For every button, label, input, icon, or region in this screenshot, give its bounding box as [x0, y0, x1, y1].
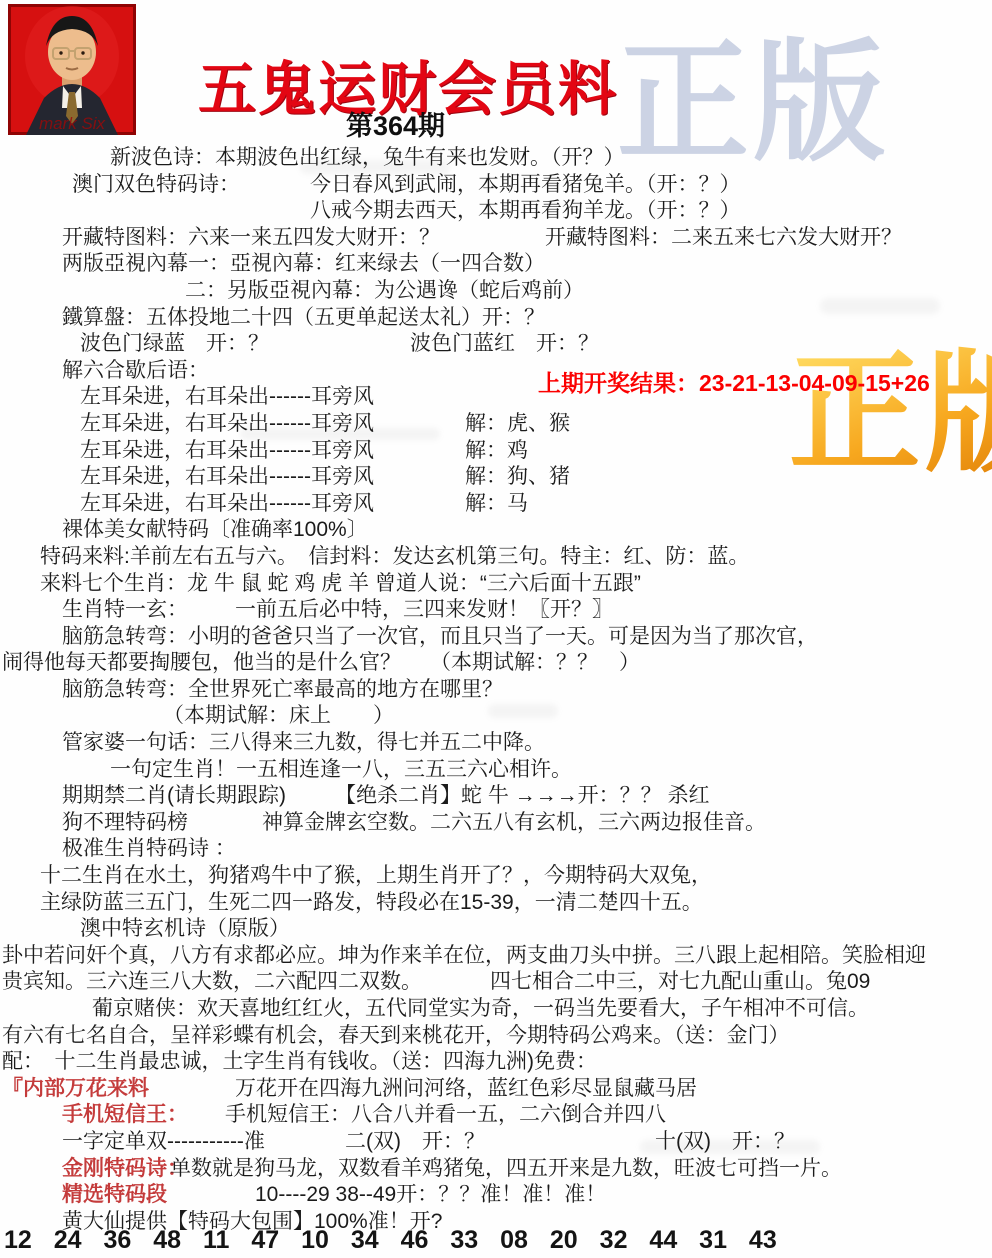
flyer-page: mark Six 五鬼运财会员料 第364期 正版 正版 上期开奖结果：23-2…: [0, 0, 992, 1258]
line-16-text: 特码来料:羊前左右五与六。 信封料：发达玄机第三句。特主：红、防：蓝。: [40, 540, 749, 570]
line-04-left: 开藏特图料：六来一来五四发大财开：？: [62, 221, 440, 251]
label-jingxuan-duan: 精选特码段: [62, 1178, 167, 1208]
line-05-text: 两版亞視內幕一：亞視內幕：红来绿去（一四合数）: [62, 247, 545, 277]
line-18-label: 生肖特一玄：: [62, 593, 188, 623]
line-39-text: 单数就是狗马龙，双数看羊鸡猪兔，四五开来是九数，旺波七可挡一片。: [170, 1152, 842, 1182]
line-15-text: 裸体美女献特码〔准确率100%〕: [62, 513, 368, 543]
body-text: 新波色诗：本期波色出红绿，兔牛有来也发财。（开？） 澳门双色特码诗：今日春风到武…: [0, 141, 992, 1231]
line-33-text: 葡京赌侠：欢天喜地红红火，五代同堂实为奇，一码当先要看大，子午相冲不可信。: [92, 992, 869, 1022]
line-03-text: 八戒今期去西天，本期再看狗羊龙。（开：？）: [310, 194, 741, 224]
riddle-answer: 解：狗、猪: [465, 460, 570, 490]
line-25-left: 期期禁二肖(请长期跟踪): [62, 779, 286, 809]
line-37-text: 手机短信王：八合八并看一五，二六倒合并四八: [225, 1098, 666, 1128]
riddle-line-text: 左耳朵进，右耳朵出------耳旁风: [80, 460, 374, 490]
riddle-line-text: 左耳朵进，右耳朵出------耳旁风: [80, 407, 374, 437]
line-34-text: 有六有七名自合，呈祥彩蝶有机会，春天到来桃花开，今期特码公鸡来。（送：金门）: [2, 1019, 790, 1049]
line-32-right: 四七相合二中三，对七九配山重山。兔09: [490, 965, 870, 995]
line-27-text: 极准生肖特码诗 ：: [62, 832, 236, 862]
line-24-text: 一句定生肖！一五相连逢一八，三五三六心相许。: [110, 753, 572, 783]
line-19-text: 脑筋急转弯：小明的爸爸只当了一次官，而且只当了一天。可是因为当了那次官，: [62, 620, 818, 650]
line-26-label: 狗不理特码榜: [62, 806, 188, 836]
line-36-text: 万花开在四海九洲问河络，蓝红色彩尽显鼠藏马居: [235, 1072, 697, 1102]
line-31-text: 卦中若问奸个真，八方有求都必应。坤为作来羊在位，两支曲刀头中拼。三八跟上起相陪。…: [2, 939, 926, 969]
line-04-right: 开藏特图料：二来五来七六发大财开？: [545, 221, 902, 251]
line-18-text: 一前五后必中特，三四来发财！〖开？〗: [235, 593, 613, 623]
line-35-text: 配： 十二生肖最忠诚，土字生肖有钱收。（送：四海九洲)免费：: [2, 1045, 597, 1075]
line-20-text: 闹得他每天都要掏腰包，他当的是什么官？: [2, 646, 401, 676]
photo-caption: mark Six: [39, 114, 106, 133]
line-25-right: 【绝杀二肖】蛇 牛 →→→开：？？ 杀红: [335, 779, 710, 809]
line-09-text: 解六合歇后语：: [62, 354, 209, 384]
line-40-text: 10----29 38--49开：？？准！准！准！: [255, 1178, 606, 1208]
line-20-answer: （本期试解：？？ ）: [430, 646, 640, 676]
line-08-left: 波色门绿蓝 开：？: [80, 327, 269, 357]
line-06-text: 二：另版亞視內幕：为公遇谗（蛇后鸡前）: [185, 274, 584, 304]
bottom-numbers-row: 12 24 36 48 11 47 10 34 46 33 08 20 32 4…: [4, 1226, 777, 1255]
riddle-answer: 解：虎、猴: [465, 407, 570, 437]
riddle-line-text: 左耳朵进，右耳朵出------耳旁风: [80, 487, 374, 517]
line-38-mid: 二(双) 开：？: [345, 1125, 485, 1155]
line-01-text: 新波色诗：本期波色出红绿，兔牛有来也发财。（开？）: [110, 141, 625, 171]
line-30-text: 澳中特玄机诗（原版）: [80, 912, 290, 942]
riddle-line-text: 左耳朵进，右耳朵出------耳旁风: [80, 380, 374, 410]
line-26-text: 神算金牌玄空数。二六五八有玄机，三六两边报佳音。: [262, 806, 766, 836]
line-38-left: 一字定单双-----------准: [62, 1125, 265, 1155]
line-21-text: 脑筋急转弯：全世界死亡率最高的地方在哪里？: [62, 673, 503, 703]
issue-number: 第364期: [346, 104, 445, 143]
label-shouji-duanxin-wang: 手机短信王：: [62, 1098, 188, 1128]
line-32-left: 贵宾知。三六连三八大数，二六配四二双数。: [2, 965, 422, 995]
line-28-text: 十二生肖在水土，狗猪鸡牛中了猴，上期生肖开了？，今期特码大双兔，: [40, 859, 712, 889]
portrait-photo: mark Six: [8, 4, 136, 135]
line-02-text: 今日春风到武闹，本期再看猪兔羊。（开：？）: [310, 168, 741, 198]
line-23-text: 管家婆一句话：三八得来三九数，得七并五二中降。: [62, 726, 545, 756]
line-02-label: 澳门双色特码诗：: [72, 168, 240, 198]
line-17-text: 来料七个生肖：龙 牛 鼠 蛇 鸡 虎 羊 曾道人说：“三六后面十五跟”: [40, 567, 641, 597]
riddle-answer: 解：马: [465, 487, 528, 517]
riddle-line-text: 左耳朵进，右耳朵出------耳旁风: [80, 434, 374, 464]
line-08-right: 波色门蓝红 开：？: [410, 327, 599, 357]
portrait-photo-image: mark Six: [8, 4, 136, 135]
line-22-text: （本期试解：床上 ）: [163, 699, 394, 729]
line-29-text: 主绿防蓝三五门，生死二四一路发，特段必在15-39，一清二楚四十五。: [40, 886, 703, 916]
line-07-text: 鐵算盤：五体投地二十四（五更单起送太礼）开：？: [62, 301, 545, 331]
label-neibu-wanhua: 『内部万花来料: [2, 1072, 149, 1102]
line-38-right: 十(双) 开：？: [655, 1125, 795, 1155]
riddle-answer: 解：鸡: [465, 434, 528, 464]
